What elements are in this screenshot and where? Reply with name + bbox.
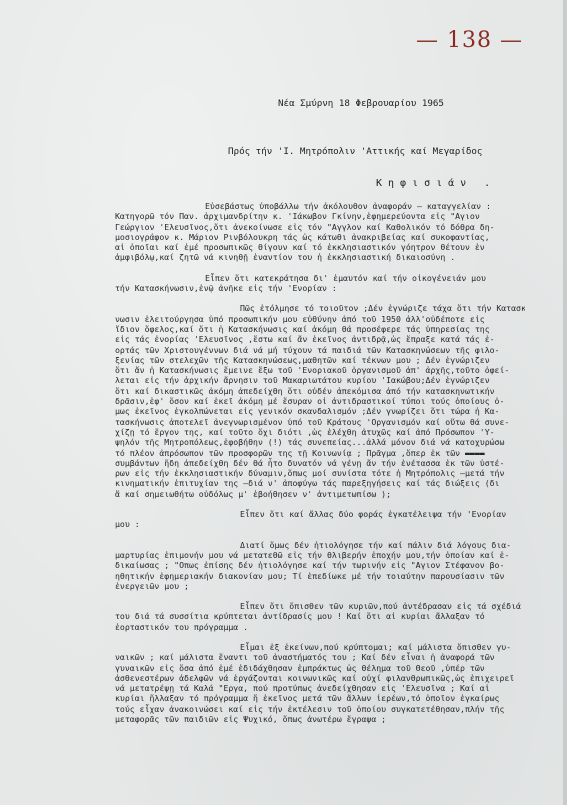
text-line: Γεώργιον 'Ελευσῖνος,ὅτι ἀνεκοίνωσε εἰς τ… <box>115 222 525 232</box>
page-number-value: 138 <box>447 28 492 53</box>
text-line: ὅτι καί δικαστικῶς ἀκόμη ἀπεδείχθη ὅτι ο… <box>115 386 525 396</box>
text-line: λεται εἰς τήν ἀρχικήν ἄρνησιν τοῦ Μακαρι… <box>115 375 525 385</box>
text-line: δικαίωσας ; "Οπως ἐπίσης δέν ἠτιολόγησε … <box>115 560 525 570</box>
paragraph-gap <box>115 293 525 303</box>
text-line: τό πλέον ἀπρόσωπον τῶν προσφορῶν της τῇ … <box>115 448 525 458</box>
text-line: Διατί ὅμως δέν ἠτιολόγησε τήν καί πάλιν … <box>115 540 525 550</box>
paragraph: Εἶπεν ὅτι ὄπισθεν τῶν κυριῶν,πού ἀντέδρα… <box>115 601 525 632</box>
text-line: του διά τά συσσίτια κρύπτεται ἀντίδρασίς… <box>115 611 525 621</box>
text-line: ἑορταστικόν του πρόγραμμα . <box>115 622 525 632</box>
place-and-date: Νέα Σμύρνη 18 Φεβρουαρίου 1965 <box>278 98 444 109</box>
handwritten-page-number: — 138 — <box>416 28 523 53</box>
document-page: — 138 — Νέα Σμύρνη 18 Φεβρουαρίου 1965 Π… <box>0 0 567 805</box>
text-line: γυναικῶν εἰς ὅσα ἀπό ἐμέ ἐδιδάχθησαν ἐμπ… <box>115 663 525 673</box>
text-line: κινηματικήν ἐπιτυχίαν της –διά ν' ἀποφύγ… <box>115 478 525 488</box>
text-line: ξενίας τῶν στελεχῶν τῆς Κατασκηνώσεως,μα… <box>115 355 525 365</box>
text-line: ἀμφιβόλῳ,καί ζητῶ νά κινηθῇ ἐναντίον του… <box>115 252 525 262</box>
page-number-dash-right: — <box>500 28 523 53</box>
paragraph: Πῶς ἐτόλμησε τό τοιοῦτον ;Δέν ἐγνώριζε τ… <box>115 303 525 499</box>
text-line: δρᾶσιν,ἐφ' ὅσον καί ἐκεῖ ἀκόμη μέ ἔσυραν… <box>115 396 525 406</box>
text-line: ἴδιον ὄφελος,καί ὅτι ἡ Κατασκήνωσις καί … <box>115 324 525 334</box>
paragraph: Εὐσεβάστως ὑποβάλλω τήν ἀκόλουθον ἀναφορ… <box>115 201 525 263</box>
addressee-line: Πρός τήν 'Ι. Μητρόπολιν 'Αττικής καί Μεγ… <box>228 146 482 157</box>
text-line: Εἶπεν ὅτι καί ἄλλας δύο φοράς ἐγκατέλειψ… <box>115 509 525 519</box>
text-line: μεταφορᾶς τῶν παιδιῶν εἰς Ψυχικό, ὅπως ἀ… <box>115 714 525 724</box>
text-line: Εὐσεβάστως ὑποβάλλω τήν ἀκόλουθον ἀναφορ… <box>115 201 525 211</box>
text-line: αἱ ὁποῖαι καί ἐμέ προσωπικῶς θίγουν καί … <box>115 242 525 252</box>
paragraph: Εἶμαι ἐξ ἐκείνων,πού κρύπτομαι; καί μάλι… <box>115 642 525 724</box>
text-line: ορτάς τῶν Χριστουγέννων διά νά μή τύχουν… <box>115 345 525 355</box>
text-line: μου : <box>115 519 525 529</box>
text-line: εἰς τάς ἐνορίας 'Ελευσῖνος ,ἔστω καί ἄν … <box>115 334 525 344</box>
paragraph-gap <box>115 724 525 734</box>
text-line: ρων εἰς τήν ἐκκλησιαστικήν δύναμιν,ὅπως … <box>115 468 525 478</box>
text-line: Πῶς ἐτόλμησε τό τοιοῦτον ;Δέν ἐγνώριζε τ… <box>115 303 525 313</box>
paragraph-gap <box>115 530 525 540</box>
text-line: ναικῶν ; καί μάλιστα ἔναντι τοῦ ἀναστήμα… <box>115 652 525 662</box>
text-line: Εἶμαι ἐξ ἐκείνων,πού κρύπτομαι; καί μάλι… <box>115 642 525 652</box>
text-line: ὅτι ἄν ἡ Κατασκήνωσις ἔμεινε ἔξω τοῦ 'Εν… <box>115 365 525 375</box>
text-line: ἅ καί σημειωθήτω οὐδόλως μ' ἐβοήθησεν ν'… <box>115 489 525 499</box>
text-line: μοσιογράφον κ. Μάριον Ρινβόλουκρη τάς ὡς… <box>115 232 525 242</box>
text-line: Εἶπεν ὅτι κατεκράτησα δι' ἐμαυτόν καί τή… <box>115 273 525 283</box>
paragraph: Εἶπεν ὅτι κατεκράτησα δι' ἐμαυτόν καί τή… <box>115 273 525 294</box>
text-line: μαρτυρίας ἐπιμονήν μου νά μετατεθῶ εἰς τ… <box>115 550 525 560</box>
text-line: νωσιν ἐλειτούργησα ὑπό προσωπικήν μου εὐ… <box>115 314 525 324</box>
page-number-dash-left: — <box>416 28 439 53</box>
paragraph-gap <box>115 499 525 509</box>
text-line: ἀσθενεστέρων ἀδελφῶν νά ἐργάζονται κοινω… <box>115 673 525 683</box>
text-line: Κατηγορῶ τόν Παν. ἀρχιμανδρίτην κ. 'Ιάκω… <box>115 211 525 221</box>
text-line: τούς εἶχαν ἀνακοινώσει καί εἰς τήν ἐκτέλ… <box>115 704 525 714</box>
text-line: τασκήνωσις ἀποτελεῖ ἀνεγνωρισμένον ὑπό τ… <box>115 417 525 427</box>
paragraph-gap <box>115 632 525 642</box>
text-line: χίζῃ τό ἔργον της, καί τοῦτο ὄχι διότι ,… <box>115 427 525 437</box>
text-line: ηθητικήν ἐφημεριακήν διακονίαν μου; Τί ἐ… <box>115 571 525 581</box>
text-line: νά μετατρέψῃ τά Καλά "Εργα, πού προτύπως… <box>115 683 525 693</box>
paragraph-gap <box>115 591 525 601</box>
paragraph: Εἶπεν ὅτι καί ἄλλας δύο φοράς ἐγκατέλειψ… <box>115 509 525 519</box>
text-line: τήν Κατασκήνωσιν,ἐνῷ ἀνῆκε εἰς τήν 'Ενορ… <box>115 283 525 293</box>
text-line: μως ἐκεῖνος ἐγκολπώνεται εἰς γενικόν σκα… <box>115 406 525 416</box>
letter-body: Εὐσεβάστως ὑποβάλλω τήν ἀκόλουθον ἀναφορ… <box>115 201 525 734</box>
text-line: Εἶπεν ὅτι ὄπισθεν τῶν κυριῶν,πού ἀντέδρα… <box>115 601 525 611</box>
paragraph: Διατί ὅμως δέν ἠτιολόγησε τήν καί πάλιν … <box>115 540 525 591</box>
text-line: συμβάντων ἤδη ἀπεδείχθη δέν θά ἦτο δυνατ… <box>115 458 525 468</box>
text-line: ψηλόν τῆς Μητροπόλεως,ἐφοβήθην (!) τάς σ… <box>115 437 525 447</box>
text-line: ἐνεργειῶν μου ; <box>115 581 525 591</box>
addressee-city: Κηφισιάν . <box>376 178 496 189</box>
paragraph: μου : <box>115 519 525 529</box>
text-line: κυρίαι ἤλλαξαν τό πρόγραμμα ἤ ἐκεῖνος με… <box>115 693 525 703</box>
paragraph-gap <box>115 263 525 273</box>
